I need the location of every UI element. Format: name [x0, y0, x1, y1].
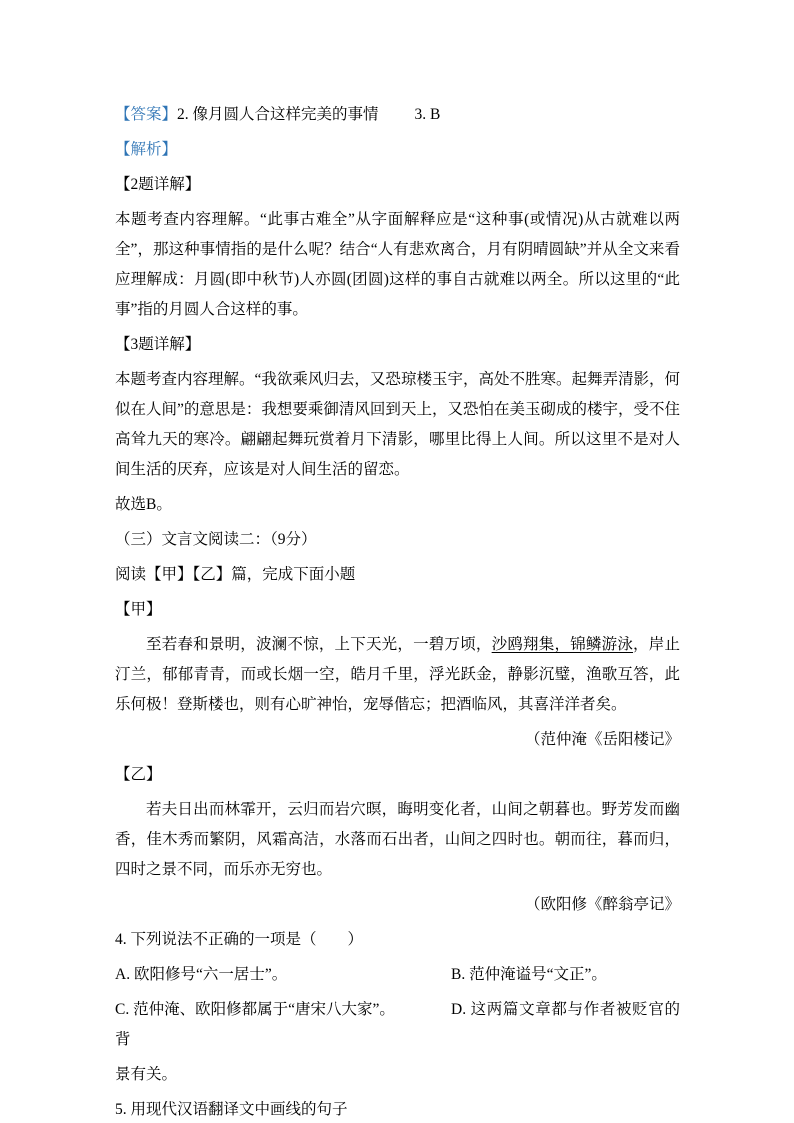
section-instruction: 阅读【甲】【乙】篇，完成下面小题: [115, 560, 680, 590]
passage-jia-label: 【甲】: [115, 595, 680, 625]
q4-options-row-ab: A. 欧阳修号“六一居士”。B. 范仲淹谥号“文正”。: [115, 960, 680, 990]
analysis-tag: 【解析】: [115, 141, 177, 158]
answer-item-3: 3. B: [415, 106, 441, 123]
document-page: 【答案】2. 像月圆人合这样完美的事情3. B 【解析】 【2题详解】 本题考查…: [0, 0, 794, 1123]
answer-line: 【答案】2. 像月圆人合这样完美的事情3. B: [115, 100, 680, 130]
q3-body: 本题考查内容理解。“我欲乘风归去，又恐琼楼玉宇，高处不胜寒。起舞弄清影，何似在人…: [115, 365, 680, 485]
q4-stem: 4. 下列说法不正确的一项是（ ）: [115, 925, 680, 955]
q2-heading: 【2题详解】: [115, 170, 680, 200]
q4-option-d-continuation: 景有关。: [115, 1060, 680, 1090]
section-title: （三）文言文阅读二：（9分）: [115, 525, 680, 555]
q3-heading: 【3题详解】: [115, 330, 680, 360]
passage-yi-attribution: （欧阳修《醉翁亭记》: [115, 890, 680, 920]
answer-tag: 【答案】: [115, 106, 177, 123]
q4-option-c: C. 范仲淹、欧阳修都属于“唐宋八大家”。: [115, 995, 451, 1025]
q3-conclusion: 故选B。: [115, 490, 680, 520]
analysis-line: 【解析】: [115, 135, 680, 165]
q4-options-row-cd: C. 范仲淹、欧阳修都属于“唐宋八大家”。D. 这两篇文章都与作者被贬官的背: [115, 995, 680, 1055]
passage-yi-body: 若夫日出而林霏开，云归而岩穴暝，晦明变化者，山间之朝暮也。野芳发而幽香，佳木秀而…: [115, 795, 680, 885]
passage-jia-body: 至若春和景明，波澜不惊，上下天光，一碧万顷，沙鸥翔集，锦鳞游泳，岸止汀兰，郁郁青…: [115, 630, 680, 720]
q2-body: 本题考查内容理解。“此事古难全”从字面解释应是“这种事(或情况)从古就难以两全”…: [115, 205, 680, 325]
q5-stem: 5. 用现代汉语翻译文中画线的句子: [115, 1095, 680, 1123]
q4-option-b: B. 范仲淹谥号“文正”。: [451, 966, 607, 983]
passage-yi-label: 【乙】: [115, 760, 680, 790]
answer-item-2: 2. 像月圆人合这样完美的事情: [177, 106, 379, 123]
passage-jia-text-pre: 至若春和景明，波澜不惊，上下天光，一碧万顷，: [146, 636, 492, 653]
passage-jia-underlined-phrase: 沙鸥翔集，锦鳞游泳: [492, 636, 633, 653]
passage-jia-attribution: （范仲淹《岳阳楼记》: [115, 725, 680, 755]
q4-option-a: A. 欧阳修号“六一居士”。: [115, 960, 451, 990]
